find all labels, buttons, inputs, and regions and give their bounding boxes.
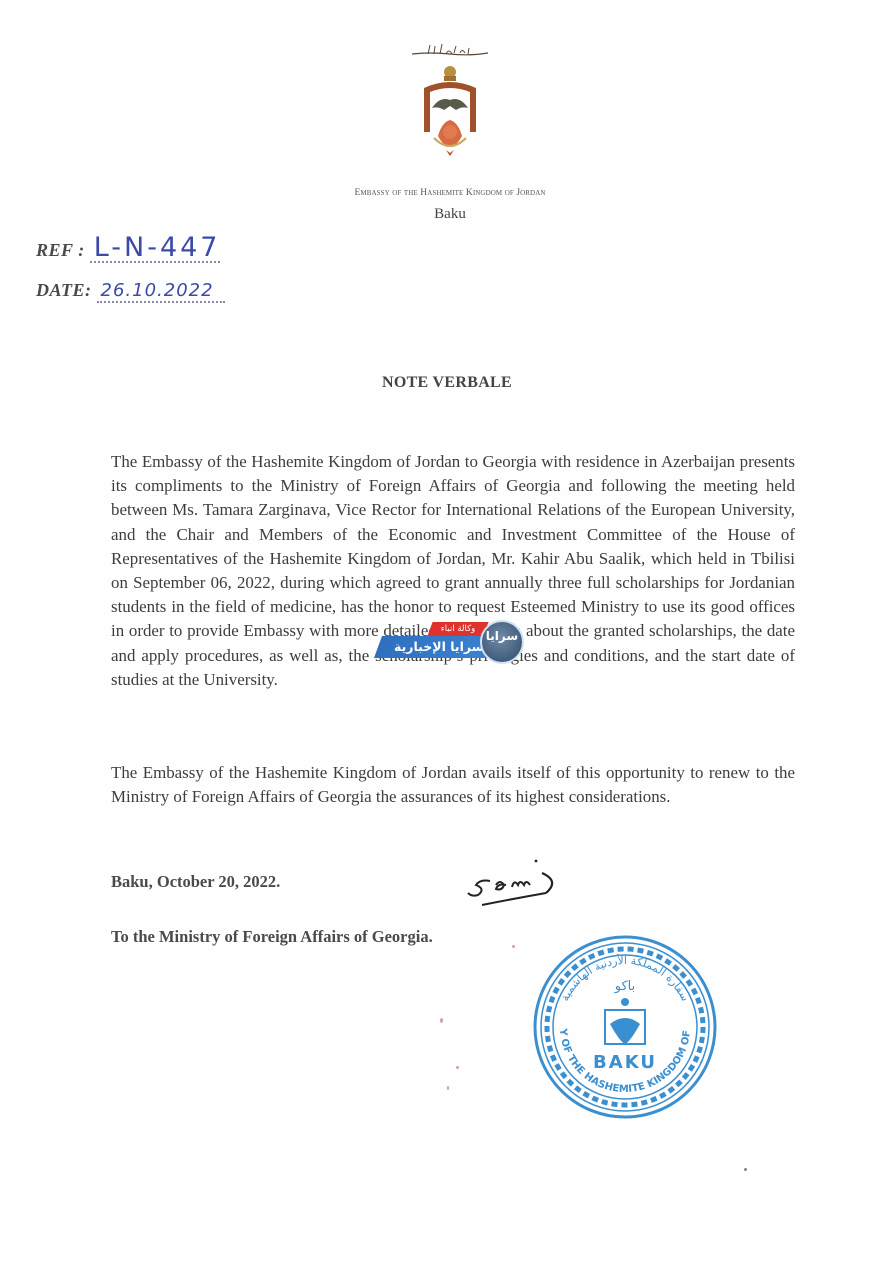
svg-text:باكو: باكو <box>614 979 635 994</box>
coat-of-arms-icon <box>418 62 482 162</box>
document-page: Embassy of the Hashemite Kingdom of Jord… <box>0 0 894 1280</box>
watermark-logo-text: سرايا <box>480 629 524 643</box>
reference-row: REF : L-N-447 <box>36 240 220 263</box>
document-title: NOTE VERBALE <box>300 374 594 392</box>
date-row: DATE: 26.10.2022 <box>36 280 225 303</box>
embassy-name: Embassy of the Hashemite Kingdom of Jord… <box>300 188 600 198</box>
news-agency-watermark: سرايا الإخبارية وكالة انباء سرايا <box>372 620 530 666</box>
embassy-city: Baku <box>300 206 600 223</box>
body-paragraph-2: The Embassy of the Hashemite Kingdom of … <box>111 761 795 809</box>
stray-mark <box>447 1086 449 1090</box>
ref-label: REF : <box>36 240 85 260</box>
signature-icon <box>462 855 582 925</box>
bismillah-calligraphy-icon <box>410 42 490 60</box>
place-date: Baku, October 20, 2022. <box>111 872 280 892</box>
addressee: To the Ministry of Foreign Affairs of Ge… <box>111 927 433 947</box>
stray-mark <box>456 1066 459 1069</box>
ref-value: L-N-447 <box>94 232 221 263</box>
watermark-tag-text: وكالة انباء <box>432 622 484 636</box>
svg-text:BAKU: BAKU <box>593 1052 657 1073</box>
date-value: 26.10.2022 <box>101 280 214 301</box>
watermark-banner-text: سرايا الإخبارية <box>384 636 494 658</box>
stray-mark <box>440 1018 443 1023</box>
stray-mark <box>744 1168 747 1171</box>
date-field: 26.10.2022 <box>97 280 225 303</box>
stray-mark <box>512 945 515 948</box>
ref-field: L-N-447 <box>90 240 220 263</box>
embassy-stamp-icon: EMBASSY OF THE HASHEMITE KINGDOM OF JORD… <box>530 932 720 1122</box>
date-label: DATE: <box>36 280 92 300</box>
